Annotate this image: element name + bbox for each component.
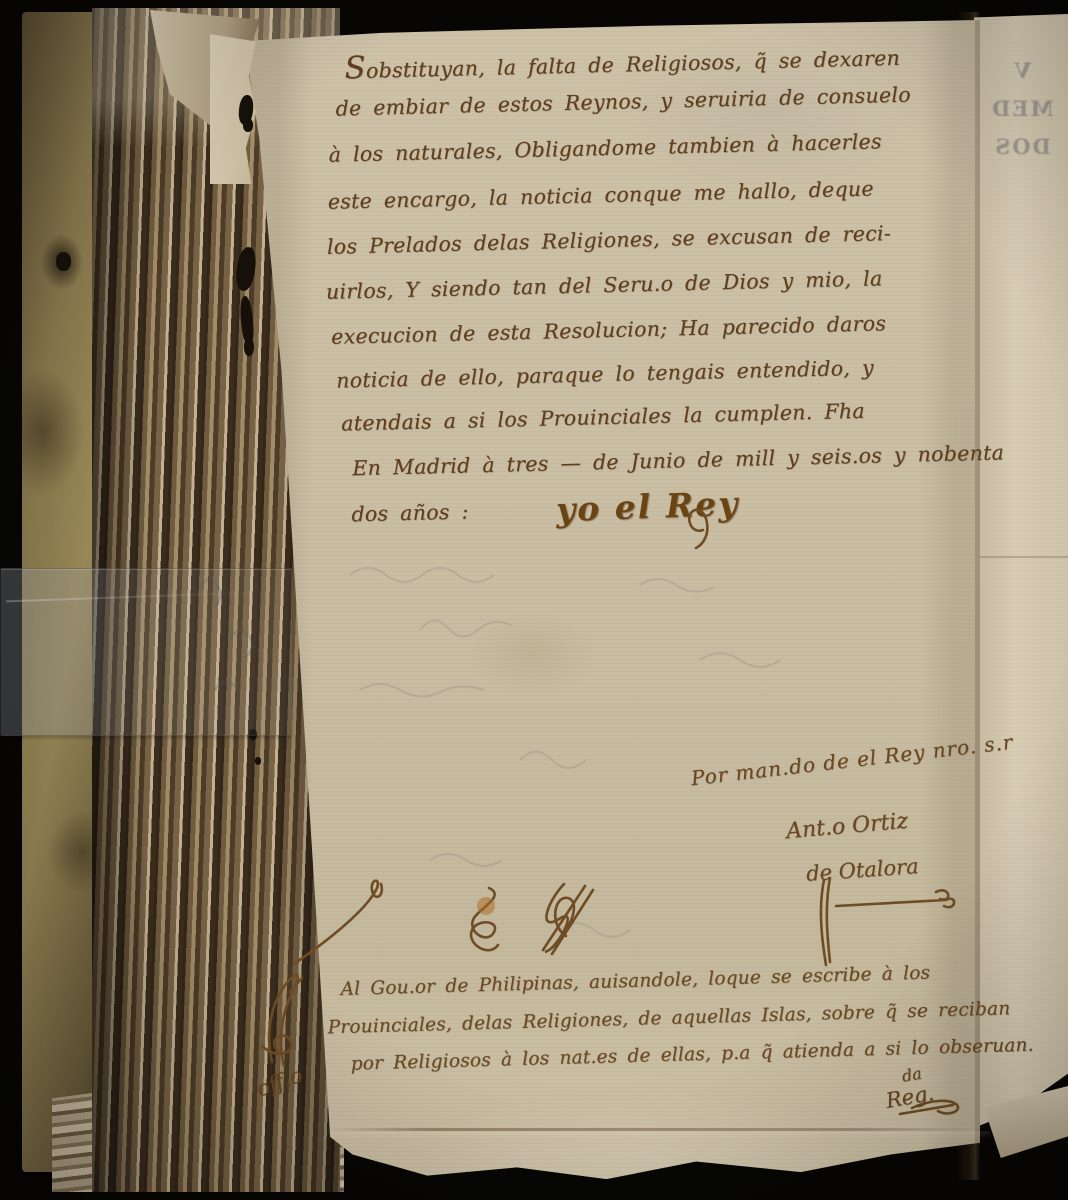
facing-page-crease (976, 556, 1068, 558)
manuscript-line: noticia de ello, paraque lo tengais ente… (336, 358, 874, 392)
manuscript-line: de embiar de estos Reynos, y seruiria de… (335, 85, 911, 120)
ink-blot (56, 252, 71, 271)
ink-blot (244, 338, 254, 356)
registration-note: da Reg. (881, 1062, 936, 1113)
manuscript-line: este encargo, la noticia conque me hallo… (328, 178, 874, 212)
manuscript-line: atendais a si los Prouinciales la cumple… (341, 401, 865, 434)
manuscript-line: los Prelados delas Religiones, se excusa… (327, 223, 892, 257)
manuscript-line: En Madrid à tres — de Junio de mill y se… (352, 442, 1004, 478)
manuscript-photo: V MED DOS Sobstituyan, la falta de Relig… (0, 0, 1068, 1200)
ink-blot (243, 118, 253, 132)
manuscript-text-block: Sobstituyan, la falta de Religiosos, q̃ … (318, 29, 1010, 545)
manuscript-line: à los naturales, Obligandome tambien à h… (328, 131, 882, 165)
manuscript-line: Sobstituyan, la falta de Religiosos, q̃ … (344, 40, 900, 84)
manuscript-line: uirlos, Y siendo tan del Seru.o de Dios … (326, 268, 883, 302)
manuscript-line: dos años : (351, 501, 469, 524)
docket-line: Prouinciales, delas Religiones, de aquel… (327, 998, 1010, 1038)
docket-line: por Religiosos à los nat.es de ellas, p.… (350, 1035, 1034, 1075)
ink-blot (255, 757, 261, 765)
royal-signature: yo el Rey (555, 484, 740, 529)
manuscript-line: execucion de esta Resolucion; Ha parecid… (331, 313, 887, 347)
page-fold-crease (330, 1128, 990, 1131)
